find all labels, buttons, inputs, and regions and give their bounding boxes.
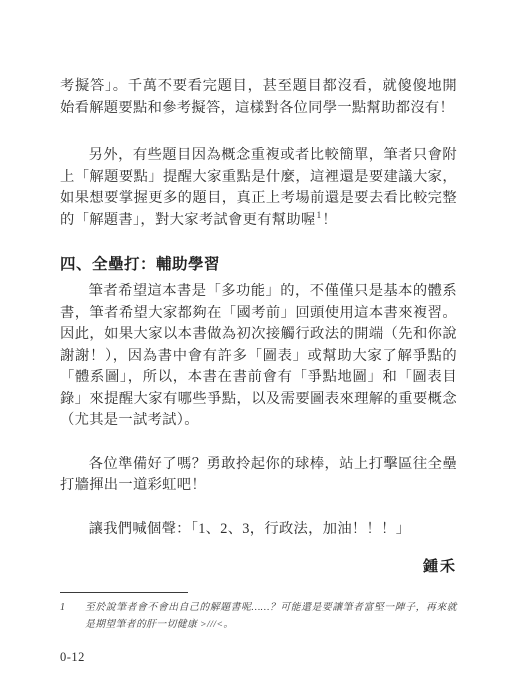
footnote-reference-marker: 1 [317, 210, 322, 220]
page-number: 0-12 [60, 650, 85, 665]
page-footer: 1 至於說筆者會不會出自己的解題書呢……？可能還是要讓筆者富堅一陣子，再來就是期… [60, 592, 457, 633]
footnote: 1 至於說筆者會不會出自己的解題書呢……？可能還是要讓筆者富堅一陣子，再來就是期… [60, 600, 457, 633]
author-signature: 鍾禾 [60, 555, 457, 576]
page-content: 考擬答」。千萬不要看完題目，甚至題目都沒看，就傻傻地開始看解題要點和參考擬答，這… [60, 76, 457, 576]
paragraph-multifunction-book: 筆者希望這本書是「多功能」的，不僅僅只是基本的體系書，筆者希望大家都夠在「國考前… [60, 281, 457, 432]
section-heading: 四、全壘打：輔助學習 [60, 253, 457, 277]
paragraph-batter-encouragement: 各位準備好了嗎？勇敢拎起你的球棒，站上打擊區往全壘打牆揮出一道彩虹吧！ [60, 454, 457, 497]
footnote-number: 1 [60, 600, 85, 617]
footnote-text: 至於說筆者會不會出自己的解題書呢……？可能還是要讓筆者富堅一陣子，再來就是期望筆… [85, 600, 457, 633]
paragraph-solution-notes-text: 另外，有些題目因為概念重複或者比較簡單，筆者只會附上「解題要點」提醒大家重點是什… [60, 147, 457, 228]
paragraph-solution-notes-end: ！ [322, 212, 337, 228]
paragraph-continued-from-previous-page: 考擬答」。千萬不要看完題目，甚至題目都沒看，就傻傻地開始看解題要點和參考擬答，這… [60, 76, 457, 119]
footnote-separator-rule [60, 592, 188, 593]
paragraph-cheer: 讓我們喊個聲：「1、2、3，行政法，加油！！！」 [60, 519, 457, 541]
book-page: 考擬答」。千萬不要看完題目，甚至題目都沒看，就傻傻地開始看解題要點和參考擬答，這… [0, 0, 517, 700]
paragraph-solution-notes: 另外，有些題目因為概念重複或者比較簡單，筆者只會附上「解題要點」提醒大家重點是什… [60, 145, 457, 231]
